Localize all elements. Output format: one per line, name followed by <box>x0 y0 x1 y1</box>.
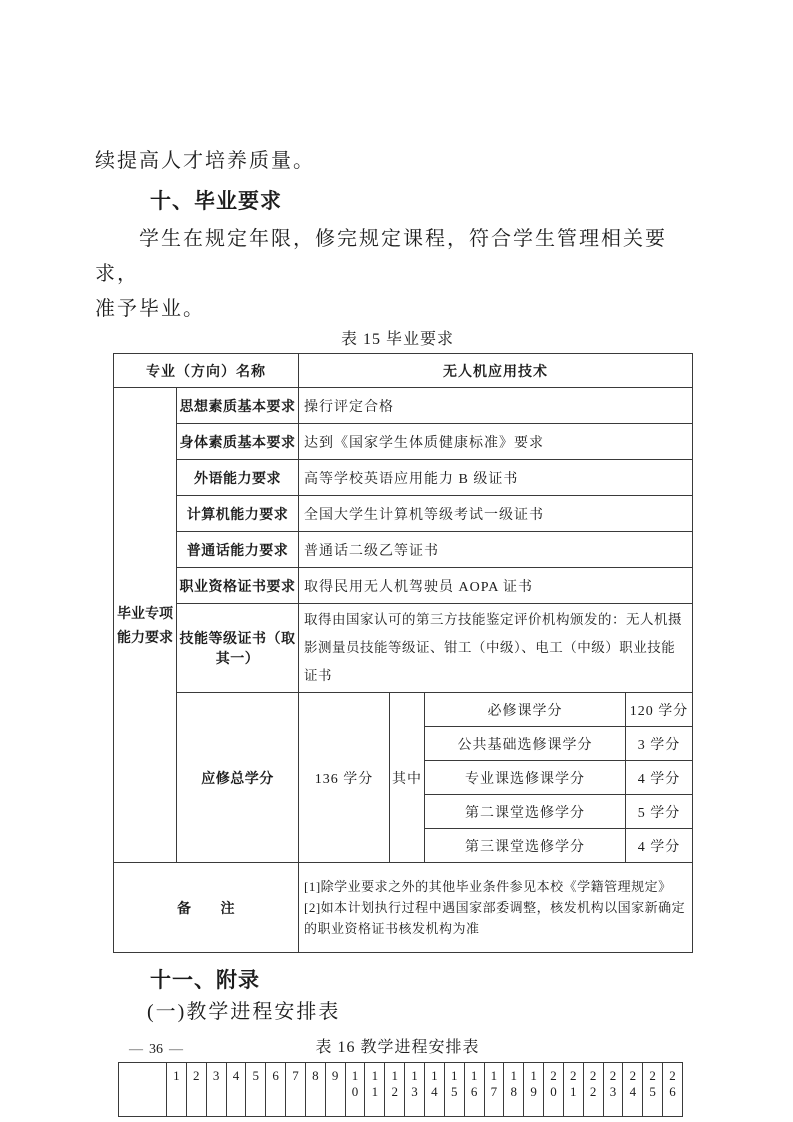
week-number-cell: 6 <box>266 1063 286 1117</box>
week-number-cell: 5 <box>246 1063 266 1117</box>
credit-value-cell: 4 学分 <box>626 761 693 795</box>
week-number-cell: 1 1 <box>365 1063 385 1117</box>
week-number-cell: 2 3 <box>603 1063 623 1117</box>
remark-content-cell: [1]除学业要求之外的其他毕业条件参见本校《学籍管理规定》 [2]如本计划执行过… <box>299 863 693 953</box>
week-number-cell: 7 <box>286 1063 306 1117</box>
requirement-value-cell: 全国大学生计算机等级考试一级证书 <box>299 496 693 532</box>
remark-line: [2]如本计划执行过程中遇国家部委调整，核发机构以国家新确定的职业资格证书核发机… <box>304 897 687 939</box>
requirement-label-cell: 职业资格证书要求 <box>177 568 299 604</box>
skill-certificate-value-cell: 取得由国家认可的第三方技能鉴定评价机构颁发的：无人机摄影测量员技能等级证、钳工（… <box>299 604 693 693</box>
week-number-cell: 1 5 <box>444 1063 464 1117</box>
table-row: 身体素质基本要求 达到《国家学生体质健康标准》要求 <box>114 424 693 460</box>
graduation-requirements-table: 专业（方向）名称 无人机应用技术 毕业专项能力要求 思想素质基本要求 操行评定合… <box>113 353 693 953</box>
week-number-cell: 2 2 <box>583 1063 603 1117</box>
credit-name-cell: 公共基础选修课学分 <box>425 727 626 761</box>
credit-value-cell: 120 学分 <box>626 693 693 727</box>
intro-text: 续提高人才培养质量。 <box>95 148 700 174</box>
credit-value-cell: 5 学分 <box>626 795 693 829</box>
week-number-cell: 1 <box>167 1063 187 1117</box>
table-row: 外语能力要求 高等学校英语应用能力 B 级证书 <box>114 460 693 496</box>
requirement-value-cell: 普通话二级乙等证书 <box>299 532 693 568</box>
requirement-label-cell: 外语能力要求 <box>177 460 299 496</box>
appendix-subheading: (一)教学进程安排表 <box>95 999 700 1025</box>
week-number-cell: 2 1 <box>563 1063 583 1117</box>
requirement-label-cell: 身体素质基本要求 <box>177 424 299 460</box>
section-heading-graduation: 十、毕业要求 <box>95 188 700 216</box>
paragraph-line: 学生在规定年限，修完规定课程，符合学生管理相关要求， <box>95 222 700 292</box>
week-number-cell: 3 <box>206 1063 226 1117</box>
requirement-label-cell: 计算机能力要求 <box>177 496 299 532</box>
week-number-cell: 1 4 <box>424 1063 444 1117</box>
week-number-cell: 1 9 <box>524 1063 544 1117</box>
week-number-cell: 2 5 <box>643 1063 663 1117</box>
requirement-value-cell: 取得民用无人机驾驶员 AOPA 证书 <box>299 568 693 604</box>
table-row: 职业资格证书要求 取得民用无人机驾驶员 AOPA 证书 <box>114 568 693 604</box>
skill-certificate-row: 技能等级证书（取其一） 取得由国家认可的第三方技能鉴定评价机构颁发的：无人机摄影… <box>114 604 693 693</box>
page-footer: —36— <box>123 1042 189 1058</box>
footer-dash-right: — <box>163 1042 189 1057</box>
week-number-cell: 1 2 <box>385 1063 405 1117</box>
body-paragraph: 学生在规定年限，修完规定课程，符合学生管理相关要求， 准予毕业。 <box>95 222 700 327</box>
requirement-label-cell: 思想素质基本要求 <box>177 388 299 424</box>
week-number-cell: 2 4 <box>623 1063 643 1117</box>
requirement-value-cell: 达到《国家学生体质健康标准》要求 <box>299 424 693 460</box>
week-number-cell: 1 8 <box>504 1063 524 1117</box>
major-value-cell: 无人机应用技术 <box>299 354 693 388</box>
remark-line: [1]除学业要求之外的其他毕业条件参见本校《学籍管理规定》 <box>304 876 687 897</box>
teaching-schedule-table: 1234567891 01 11 21 31 41 51 61 71 81 92… <box>118 1062 683 1117</box>
week-number-cell: 4 <box>226 1063 246 1117</box>
left-group-cell: 毕业专项能力要求 <box>114 388 177 863</box>
remark-label-cell: 备 注 <box>114 863 299 953</box>
credit-value-cell: 4 学分 <box>626 829 693 863</box>
paragraph-line: 准予毕业。 <box>95 292 700 327</box>
remark-row: 备 注 [1]除学业要求之外的其他毕业条件参见本校《学籍管理规定》 [2]如本计… <box>114 863 693 953</box>
table-row: 普通话能力要求 普通话二级乙等证书 <box>114 532 693 568</box>
skill-certificate-label-cell: 技能等级证书（取其一） <box>177 604 299 693</box>
week-number-cell: 8 <box>305 1063 325 1117</box>
week-number-cell: 9 <box>325 1063 345 1117</box>
requirement-value-cell: 高等学校英语应用能力 B 级证书 <box>299 460 693 496</box>
credit-row: 应修总学分 136 学分 其中 必修课学分 120 学分 <box>114 693 693 727</box>
document-page: 续提高人才培养质量。 十、毕业要求 学生在规定年限，修完规定课程，符合学生管理相… <box>0 0 793 1122</box>
week-number-cell: 2 <box>186 1063 206 1117</box>
week-number-row: 1234567891 01 11 21 31 41 51 61 71 81 92… <box>119 1063 683 1117</box>
week-number-cell: 2 6 <box>663 1063 683 1117</box>
page-number: 36 <box>149 1042 163 1057</box>
credit-name-cell: 必修课学分 <box>425 693 626 727</box>
credits-label-cell: 应修总学分 <box>177 693 299 863</box>
table-row: 毕业专项能力要求 思想素质基本要求 操行评定合格 <box>114 388 693 424</box>
section-heading-appendix: 十一、附录 <box>95 967 700 995</box>
page-content: 续提高人才培养质量。 十、毕业要求 学生在规定年限，修完规定课程，符合学生管理相… <box>95 148 700 1117</box>
table-row: 计算机能力要求 全国大学生计算机等级考试一级证书 <box>114 496 693 532</box>
week-number-cell: 1 0 <box>345 1063 365 1117</box>
credit-name-cell: 第二课堂选修学分 <box>425 795 626 829</box>
credit-name-cell: 第三课堂选修学分 <box>425 829 626 863</box>
credits-among-cell: 其中 <box>390 693 425 863</box>
week-number-cell: 1 6 <box>464 1063 484 1117</box>
week-number-cell: 2 0 <box>544 1063 564 1117</box>
schedule-empty-cell <box>119 1063 167 1117</box>
week-number-cell: 1 3 <box>405 1063 425 1117</box>
credits-total-cell: 136 学分 <box>299 693 390 863</box>
credit-name-cell: 专业课选修课学分 <box>425 761 626 795</box>
footer-dash-left: — <box>123 1042 149 1057</box>
table-header-row: 专业（方向）名称 无人机应用技术 <box>114 354 693 388</box>
week-number-cell: 1 7 <box>484 1063 504 1117</box>
major-name-header-cell: 专业（方向）名称 <box>114 354 299 388</box>
requirement-label-cell: 普通话能力要求 <box>177 532 299 568</box>
table15-caption: 表 15 毕业要求 <box>95 329 700 351</box>
credit-value-cell: 3 学分 <box>626 727 693 761</box>
requirement-value-cell: 操行评定合格 <box>299 388 693 424</box>
